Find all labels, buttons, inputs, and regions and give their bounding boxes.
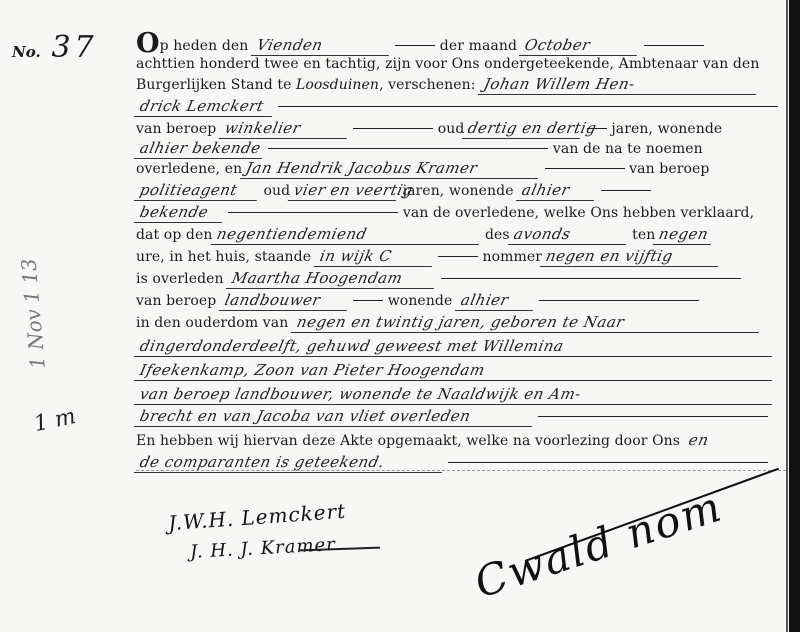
margin-note-small: 1 m (32, 404, 78, 437)
scan-edge-shadow (786, 0, 788, 632)
record-line: dingerdonderdeelft, gehuwd geweest met W… (136, 336, 774, 356)
handwritten-deceased-residence: alhier (455, 290, 537, 311)
handwritten-day: Vienden (251, 35, 393, 56)
printed-text: van de overledene, welke Ons hebben verk… (403, 205, 754, 221)
handwritten-witness-residence: alhier (516, 180, 598, 201)
printed-text: is overleden (136, 271, 224, 287)
record-line: drick Lemckert (136, 96, 778, 116)
handwritten-occupation: winkelier (219, 118, 351, 139)
blank-rule (644, 45, 704, 46)
blank-rule (268, 148, 548, 149)
record-number-value: 37 (51, 30, 97, 65)
printed-text: achttien honderd twee en tachtig, zijn v… (136, 56, 759, 72)
record-number-label: No. (12, 43, 41, 61)
signature-declarant: J.W.H. Lemckert (167, 499, 346, 535)
printed-text: wonende (388, 293, 453, 309)
printed-text: ten (632, 227, 655, 243)
record-line: van beroep landbouwer, wonende te Naaldw… (136, 384, 774, 404)
handwritten-continuation: Ifeekenkamp, Zoon van Pieter Hoogendam (134, 360, 776, 381)
handwritten-continuation: brecht en van Jacoba van vliet overleden (134, 406, 536, 427)
record-line: alhier bekende van de na te noemen (136, 138, 703, 158)
printed-text: van de na te noemen (553, 141, 703, 157)
record-line: bekende van de overledene, welke Ons heb… (136, 202, 754, 222)
record-line: ure, in het huis, staande in wijk C nomm… (136, 246, 720, 266)
handwritten-relation: bekende (134, 202, 226, 223)
handwritten-continuation: dingerdonderdeelft, gehuwd geweest met W… (134, 336, 776, 357)
handwritten-continuation: van beroep landbouwer, wonende te Naaldw… (134, 384, 776, 405)
printed-text: nommer (482, 249, 542, 265)
handwritten-month: October (519, 35, 641, 56)
record-line: van beroep landbouwer wonende alhier (136, 290, 699, 310)
blank-rule (353, 128, 433, 129)
blank-rule (448, 462, 768, 463)
blank-rule (441, 278, 741, 279)
record-line: is overleden Maartha Hoogendam (136, 268, 741, 288)
printed-text: ure, in het huis, staande (136, 249, 311, 265)
handwritten-house-number: negen en vijftig (540, 246, 722, 267)
handwritten-time-of-day: avonds (507, 224, 629, 245)
printed-text: van beroep (629, 161, 709, 177)
blank-rule (545, 168, 625, 169)
printed-text: p heden den (160, 38, 249, 54)
handwritten-witness-occupation: politieagent (134, 180, 261, 201)
handwritten-witness-name: Jan Hendrik Jacobus Kramer (240, 158, 542, 179)
death-record-page: No. 37 1 Nov 1 13 1 m Op heden den Viend… (0, 0, 800, 632)
record-line: in den ouderdom van negen en twintig jar… (136, 312, 761, 332)
record-line: brecht en van Jacoba van vliet overleden (136, 406, 768, 426)
record-line: Ifeekenkamp, Zoon van Pieter Hoogendam (136, 360, 774, 380)
record-line: En hebben wij hiervan deze Akte opgemaak… (136, 430, 743, 450)
record-line: politieagent oudvier en veertig jaren, w… (136, 180, 651, 200)
blank-rule (228, 212, 398, 213)
handwritten-hour: negen (653, 224, 715, 245)
handwritten-age-birthplace: negen en twintig jaren, geboren te Naar (291, 312, 763, 333)
printed-text: van beroep (136, 293, 216, 309)
handwritten-deceased-occupation: landbouwer (219, 290, 351, 311)
blank-rule (539, 300, 699, 301)
printed-text: , verschenen: (379, 77, 475, 93)
handwritten-witness-age: vier en veertig (288, 180, 400, 201)
printed-text: Burgerlijken Stand te (136, 77, 291, 93)
record-line: dat op dennegentiendemiend desavonds ten… (136, 224, 713, 244)
record-number: No. 37 (12, 30, 98, 65)
printed-text: in den ouderdom van (136, 315, 288, 331)
printed-text: jaren, wonende (611, 121, 722, 137)
record-line: Op heden den Vienden der maand October (136, 34, 704, 54)
handwritten-declarant-name: Johan Willem Hen- (478, 74, 760, 95)
printed-text: dat op den (136, 227, 213, 243)
handwritten-residence: alhier bekende (134, 138, 266, 159)
record-line: Burgerlijken Stand te Loosduinen, versch… (136, 74, 758, 94)
printed-text: jaren, wonende (403, 183, 514, 199)
handwritten-deceased-name: Maartha Hoogendam (226, 268, 438, 289)
record-line: achttien honderd twee en tachtig, zijn v… (136, 54, 759, 74)
printed-text: oud (438, 121, 465, 137)
handwritten-age: dertig en dertig (462, 118, 584, 139)
record-line: van beroep winkelier ouddertig en dertig… (136, 118, 722, 138)
blank-rule (438, 256, 478, 257)
handwritten-death-day: negentiendemiend (210, 224, 482, 245)
printed-text: oud (263, 183, 290, 199)
handwritten-district: in wijk C (313, 246, 435, 267)
record-line: overledene, enJan Hendrik Jacobus Kramer… (136, 158, 709, 178)
printed-text: overledene, en (136, 161, 242, 177)
blank-rule (601, 190, 651, 191)
place-name: Loosduinen (296, 77, 379, 93)
blank-rule (278, 106, 778, 107)
printed-text: des (485, 227, 510, 243)
blank-rule (395, 45, 435, 46)
printed-text: van beroep (136, 121, 216, 137)
scan-edge-border (789, 0, 800, 632)
printed-text: der maand (440, 38, 517, 54)
blank-rule (538, 416, 768, 417)
separator-dashed-rule (136, 470, 786, 471)
record-line: de comparanten is geteekend. (136, 452, 768, 472)
printed-text: En hebben wij hiervan deze Akte opgemaak… (136, 433, 680, 449)
handwritten-word: en (682, 430, 744, 450)
blank-rule (353, 300, 383, 301)
margin-note-vertical: 1 Nov 1 13 (16, 258, 50, 370)
handwritten-declarant-name-cont: drick Lemckert (134, 96, 276, 117)
